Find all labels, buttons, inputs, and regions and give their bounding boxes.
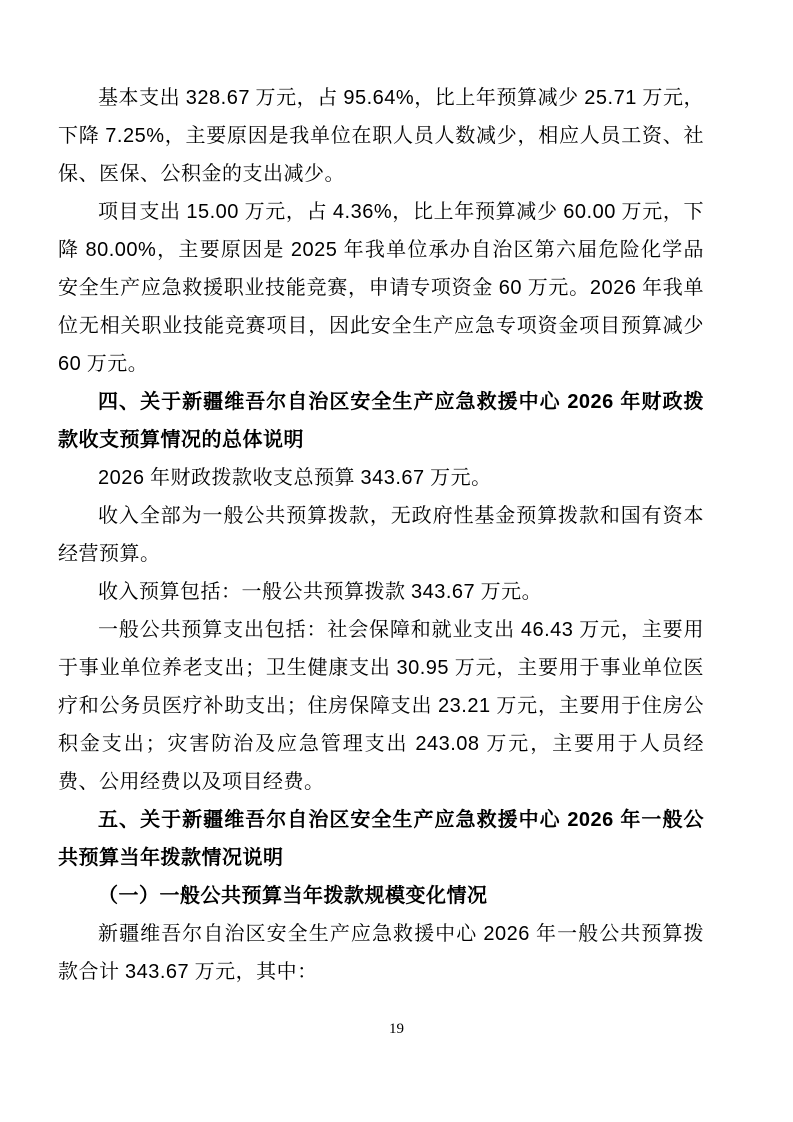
page-number: 19 — [0, 1018, 793, 1040]
document-body: 基本支出 328.67 万元，占 95.64%，比上年预算减少 25.71 万元… — [58, 79, 704, 991]
para-expenditure-breakdown: 一般公共预算支出包括：社会保障和就业支出 46.43 万元，主要用于事业单位养老… — [58, 611, 704, 801]
subsection-heading-1: （一）一般公共预算当年拨款规模变化情况 — [58, 877, 704, 915]
para-project-expenditure: 项目支出 15.00 万元，占 4.36%，比上年预算减少 60.00 万元，下… — [58, 193, 704, 383]
para-basic-expenditure: 基本支出 328.67 万元，占 95.64%，比上年预算减少 25.71 万元… — [58, 79, 704, 193]
section-heading-iv: 四、关于新疆维吾尔自治区安全生产应急救援中心 2026 年财政拨款收支预算情况的… — [58, 383, 704, 459]
para-income-budget: 收入预算包括：一般公共预算拨款 343.67 万元。 — [58, 573, 704, 611]
para-income-source: 收入全部为一般公共预算拨款，无政府性基金预算拨款和国有资本经营预算。 — [58, 497, 704, 573]
document-page: 基本支出 328.67 万元，占 95.64%，比上年预算减少 25.71 万元… — [0, 0, 793, 1122]
para-total-fiscal-budget: 2026 年财政拨款收支总预算 343.67 万元。 — [58, 459, 704, 497]
para-allocation-total: 新疆维吾尔自治区安全生产应急救援中心 2026 年一般公共预算拨款合计 343.… — [58, 915, 704, 991]
section-heading-v: 五、关于新疆维吾尔自治区安全生产应急救援中心 2026 年一般公共预算当年拨款情… — [58, 801, 704, 877]
